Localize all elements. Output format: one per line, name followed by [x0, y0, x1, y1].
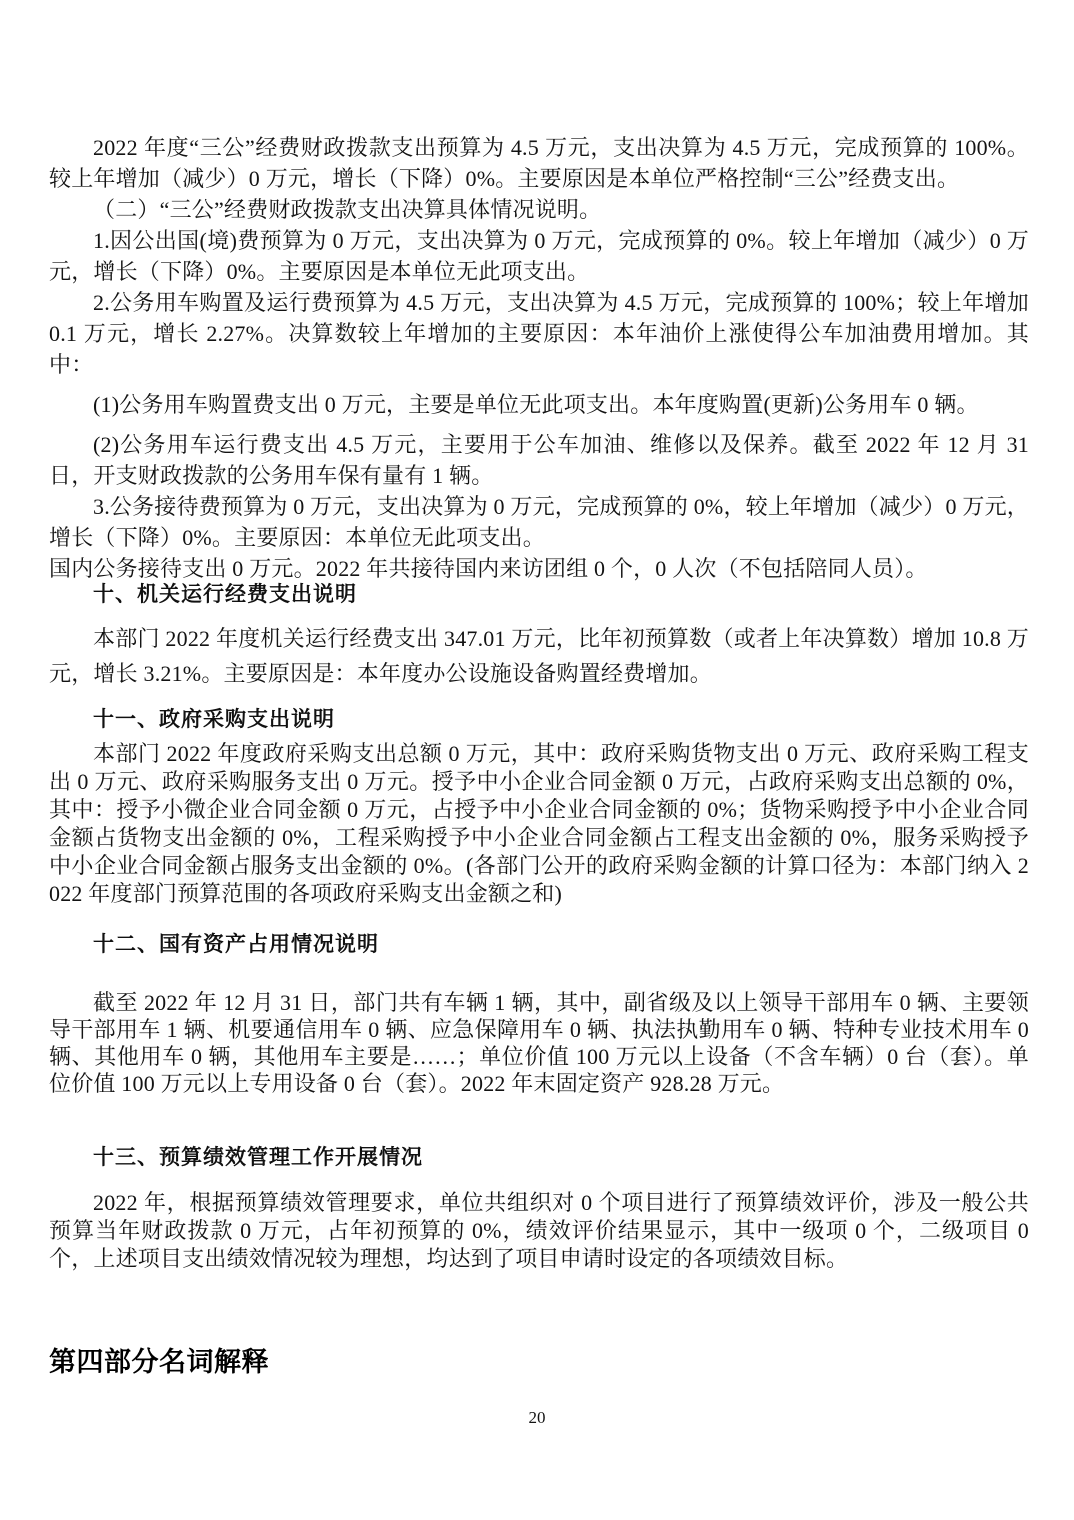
section-12-paragraph: 截至 2022 年 12 月 31 日，部门共有车辆 1 辆，其中，副省级及以上…	[49, 989, 1029, 1097]
section-agency-operating-expense: 十、机关运行经费支出说明 本部门 2022 年度机关运行经费支出 347.01 …	[49, 582, 1029, 691]
section-10-heading: 十、机关运行经费支出说明	[49, 582, 1029, 608]
paragraph-abroad-expense: 1.因公出国(境)费预算为 0 万元，支出决算为 0 万元，完成预算的 0%。较…	[49, 225, 1029, 287]
page-number: 20	[0, 1408, 1074, 1428]
paragraph-vehicle-expense: 2.公务用车购置及运行费预算为 4.5 万元，支出决算为 4.5 万元，完成预算…	[49, 287, 1029, 380]
paragraph-vehicle-operation: (2)公务用车运行费支出 4.5 万元，主要用于公车加油、维修以及保养。截至 2…	[49, 429, 1029, 491]
paragraph-reception-expense: 3.公务接待费预算为 0 万元，支出决算为 0 万元，完成预算的 0%，较上年增…	[49, 491, 1029, 553]
section-budget-performance: 十三、预算绩效管理工作开展情况 2022 年，根据预算绩效管理要求，单位共组织对…	[49, 1145, 1029, 1273]
document-page: 2022 年度“三公”经费财政拨款支出预算为 4.5 万元，支出决算为 4.5 …	[0, 0, 1074, 1520]
section-12-heading: 十二、国有资产占用情况说明	[49, 932, 1029, 958]
section-10-paragraph: 本部门 2022 年度机关运行经费支出 347.01 万元，比年初预算数（或者上…	[49, 621, 1029, 691]
paragraph-vehicle-purchase: (1)公务用车购置费支出 0 万元，主要是单位无此项支出。本年度购置(更新)公务…	[49, 389, 1029, 420]
section-13-heading: 十三、预算绩效管理工作开展情况	[49, 1145, 1029, 1171]
section-state-assets: 十二、国有资产占用情况说明 截至 2022 年 12 月 31 日，部门共有车辆…	[49, 932, 1029, 1097]
paragraph-three-public-summary: 2022 年度“三公”经费财政拨款支出预算为 4.5 万元，支出决算为 4.5 …	[49, 132, 1029, 194]
part4-glossary-heading: 第四部分名词解释	[49, 1346, 269, 1378]
section-11-heading: 十一、政府采购支出说明	[49, 707, 1029, 733]
three-public-funds-section: 2022 年度“三公”经费财政拨款支出预算为 4.5 万元，支出决算为 4.5 …	[49, 132, 1029, 584]
section-13-paragraph: 2022 年，根据预算绩效管理要求，单位共组织对 0 个项目进行了预算绩效评价，…	[49, 1189, 1029, 1273]
section-government-procurement: 十一、政府采购支出说明 本部门 2022 年度政府采购支出总额 0 万元，其中：…	[49, 707, 1029, 908]
paragraph-three-public-subheading: （二）“三公”经费财政拨款支出决算具体情况说明。	[49, 194, 1029, 225]
section-11-paragraph: 本部门 2022 年度政府采购支出总额 0 万元，其中：政府采购货物支出 0 万…	[49, 740, 1029, 908]
paragraph-domestic-reception: 国内公务接待支出 0 万元。2022 年共接待国内来访团组 0 个，0 人次（不…	[49, 553, 1029, 584]
